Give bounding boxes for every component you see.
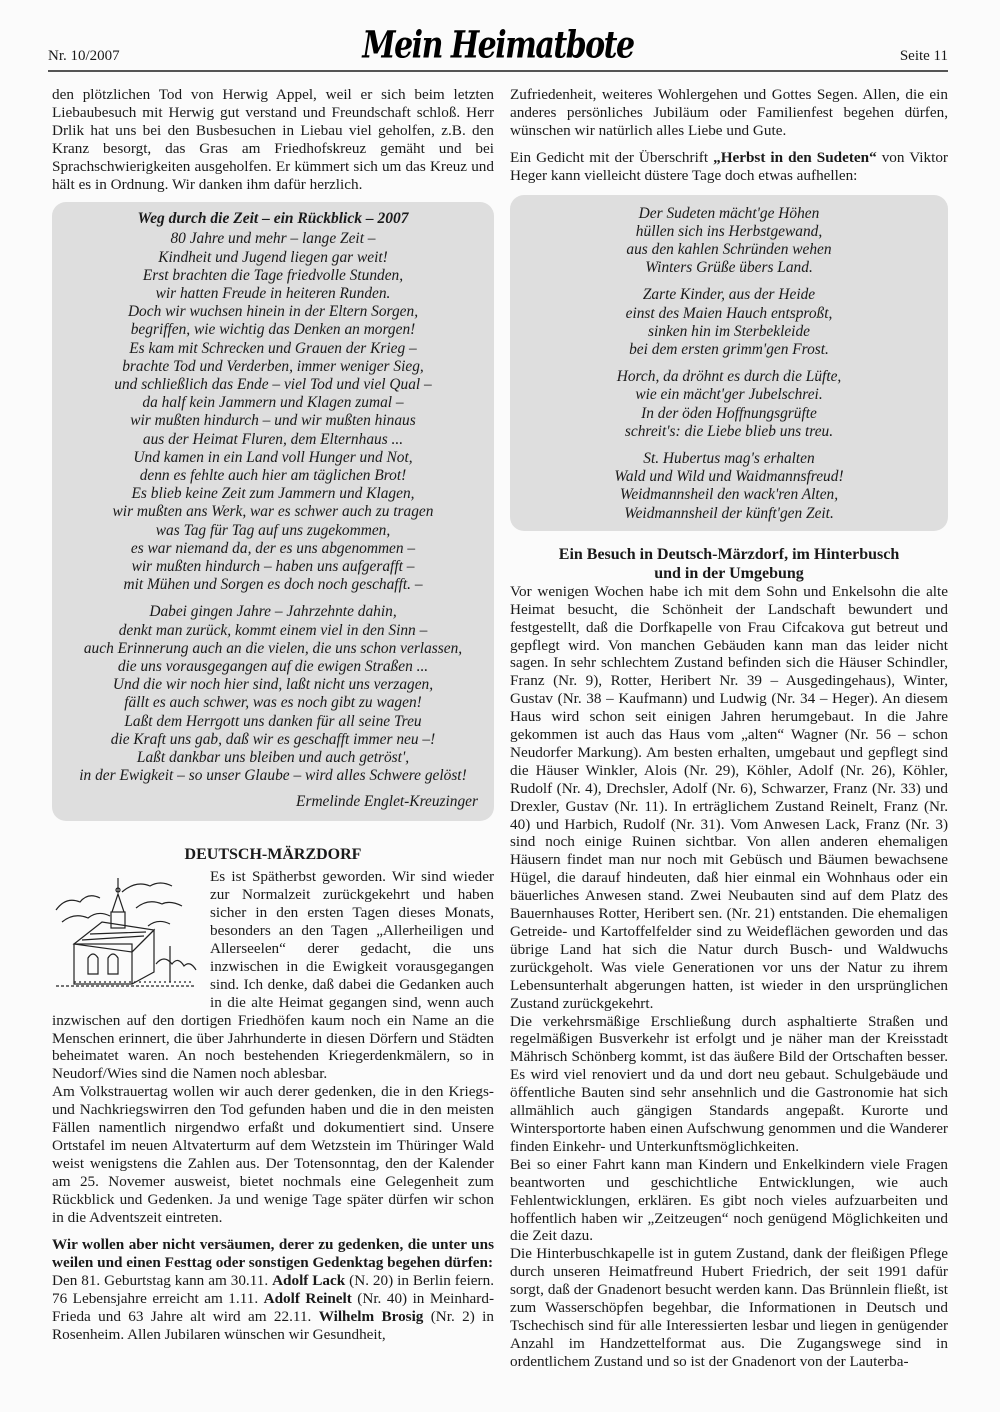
poem-line: mit Mühen und Sorgen es doch noch gescha…	[62, 576, 484, 594]
poem-line: Es blieb keine Zeit zum Jammern und Klag…	[62, 485, 484, 503]
poem-line: Laßt dankbar uns bleiben und auch getrös…	[62, 749, 484, 767]
visit-paragraph-2: Die verkehrsmäßige Erschließung durch as…	[510, 1013, 948, 1156]
birthday-list: Den 81. Geburtstag kann am 30.11. Adolf …	[52, 1272, 494, 1344]
right-column: Zufriedenheit, weiteres Wohlergehen und …	[510, 86, 948, 1371]
jubilar-name: Adolf Lack	[272, 1272, 345, 1289]
poem-line: Und kamen in ein Land voll Hunger und No…	[62, 449, 484, 467]
article-title: Ein Besuch in Deutsch-Märzdorf, im Hinte…	[510, 545, 948, 583]
poem-line: da half kein Jammern und Klagen zumal –	[62, 394, 484, 412]
left-column: den plötzlichen Tod von Herwig Appel, we…	[52, 86, 494, 1344]
visit-paragraph-4: Die Hinterbuschkapelle ist in gutem Zust…	[510, 1245, 948, 1370]
intro-paragraph: den plötzlichen Tod von Herwig Appel, we…	[52, 86, 494, 193]
poem-line: Winters Grüße übers Land.	[520, 259, 938, 277]
poem-line: denkt man zurück, kommt einem viel in de…	[62, 622, 484, 640]
poem-stanza-1: Der Sudeten mächt'ge Höhenhüllen sich in…	[520, 205, 938, 278]
poem-line: auch Erinnerung auch an die vielen, die …	[62, 640, 484, 658]
newspaper-logo: Mein Heimatbote	[362, 24, 633, 68]
poem-intro: Ein Gedicht mit der Überschrift „Herbst …	[510, 149, 948, 185]
poem-line: In der öden Hoffnungsgrüfte	[520, 405, 938, 423]
poem-line: wie ein mächt'ger Jubelschrei.	[520, 386, 938, 404]
poem-title: Weg durch die Zeit – ein Rückblick – 200…	[62, 210, 484, 228]
poem-line: brachte Tod und Verderben, immer weniger…	[62, 358, 484, 376]
poem-title-herbst: „Herbst in den Sudeten“	[713, 149, 877, 166]
poem-line: Doch wir wuchsen hinein in der Eltern So…	[62, 303, 484, 321]
poem-line: aus den kahlen Schründen wehen	[520, 241, 938, 259]
page-number: Seite 11	[900, 48, 948, 65]
right-intro-paragraph: Zufriedenheit, weiteres Wohlergehen und …	[510, 86, 948, 140]
article-paragraph-2: Am Volkstrauertag wollen wir auch derer …	[52, 1083, 494, 1226]
poem-line: Es kam mit Schrecken und Grauen der Krie…	[62, 340, 484, 358]
poem-line: wir hatten Freude in heiteren Runden.	[62, 285, 484, 303]
poem-line: schreit's: die Liebe blieb uns treu.	[520, 423, 938, 441]
poem-line: wir mußten ans Werk, war es schwer auch …	[62, 503, 484, 521]
poem-stanza-1: 80 Jahre und mehr – lange Zeit –Kindheit…	[62, 230, 484, 594]
poem-line: Kindheit und Jugend liegen gar weit!	[62, 249, 484, 267]
poem-line: und schließlich das Ende – viel Tod und …	[62, 376, 484, 394]
visit-paragraph-3: Bei so einer Fahrt kann man Kindern und …	[510, 1156, 948, 1246]
poem-line: Wald und Wild und Waidmannsfreud!	[520, 468, 938, 486]
poem-stanza-3: Horch, da dröhnt es durch die Lüfte,wie …	[520, 368, 938, 441]
poem-line: aus der Heimat Fluren, dem Elternhaus ..…	[62, 431, 484, 449]
poem-line: es war niemand da, der es uns abgenommen…	[62, 540, 484, 558]
poem-box-weg-durch-die-zeit: Weg durch die Zeit – ein Rückblick – 200…	[52, 202, 494, 821]
section-title-deutsch-maerzdorf: DEUTSCH-MÄRZDORF	[52, 845, 494, 864]
chapel-sketch-icon	[52, 870, 202, 994]
poem-box-herbst-in-den-sudeten: Der Sudeten mächt'ge Höhenhüllen sich in…	[510, 195, 948, 531]
poem-line: in der Ewigkeit – so unser Glaube – wird…	[62, 767, 484, 785]
poem-line: Zarte Kinder, aus der Heide	[520, 286, 938, 304]
poem-line: hüllen sich ins Herbstgewand,	[520, 223, 938, 241]
poem-line: Erst brachten die Tage friedvolle Stunde…	[62, 267, 484, 285]
poem-line: wir mußten hindurch – haben uns aufgeraf…	[62, 558, 484, 576]
jubilar-name: Wilhelm Brosig	[319, 1308, 424, 1325]
visit-paragraph-1: Vor wenigen Wochen habe ich mit dem Sohn…	[510, 583, 948, 1013]
poem-line: die Kraft uns gab, daß wir es geschafft …	[62, 731, 484, 749]
poem-line: Dabei gingen Jahre – Jahrzehnte dahin,	[62, 603, 484, 621]
poem-line: wir mußten hindurch – und wir mußten hin…	[62, 412, 484, 430]
poem-line: sinken hin im Sterbekleide	[520, 323, 938, 341]
poem-line: einst des Maien Hauch entsproßt,	[520, 305, 938, 323]
poem-line: Horch, da dröhnt es durch die Lüfte,	[520, 368, 938, 386]
poem-line: denn es fehlte auch hier am täglichen Br…	[62, 467, 484, 485]
page-header: Nr. 10/2007 Mein Heimatbote Seite 11	[48, 22, 948, 72]
poem-stanza-4: St. Hubertus mag's erhaltenWald und Wild…	[520, 450, 938, 523]
poem-line: die uns vorausgegangen auf die ewigen St…	[62, 658, 484, 676]
jubilar-name: Adolf Reinelt	[264, 1290, 352, 1307]
poem-line: begriffen, wie wichtig das Denken an mor…	[62, 321, 484, 339]
poem-line: Weidmannsheil der künft'gen Zeit.	[520, 505, 938, 523]
poem-line: was Tag für Tag auf uns zugekommen,	[62, 522, 484, 540]
poem-author: Ermelinde Englet-Kreuzinger	[62, 793, 484, 811]
poem-stanza-2: Zarte Kinder, aus der Heideeinst des Mai…	[520, 286, 938, 359]
poem-line: 80 Jahre und mehr – lange Zeit –	[62, 230, 484, 248]
issue-number: Nr. 10/2007	[48, 48, 120, 65]
poem-line: bei dem ersten grimm'gen Frost.	[520, 341, 938, 359]
header-rule	[48, 70, 948, 72]
poem-line: Laßt dem Herrgott uns danken für all sei…	[62, 713, 484, 731]
poem-stanza-2: Dabei gingen Jahre – Jahrzehnte dahin,de…	[62, 603, 484, 785]
poem-line: St. Hubertus mag's erhalten	[520, 450, 938, 468]
poem-line: Und die wir noch hier sind, laßt nicht u…	[62, 676, 484, 694]
birthday-intro: Wir wollen aber nicht versäumen, derer z…	[52, 1236, 494, 1272]
poem-line: fällt es auch schwer, was es noch gibt z…	[62, 694, 484, 712]
poem-line: Der Sudeten mächt'ge Höhen	[520, 205, 938, 223]
poem-line: Weidmannsheil den wack'ren Alten,	[520, 486, 938, 504]
